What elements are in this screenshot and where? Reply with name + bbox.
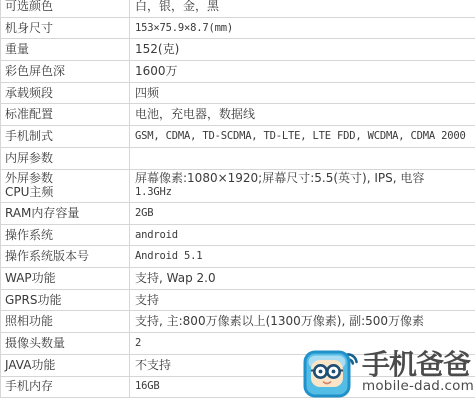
table-row: 重量 152(克) [1, 39, 475, 61]
spec-value [130, 148, 475, 169]
spec-label: 外屏参数 CPU主频 [1, 170, 130, 203]
spec-value-text: android [135, 229, 475, 242]
spec-value-text: 153×75.9×8.7(mm) [135, 22, 475, 35]
table-row: 手机制式 GSM, CDMA, TD-SCDMA, TD-LTE, LTE FD… [1, 126, 475, 148]
spec-value: 153×75.9×8.7(mm) [130, 18, 475, 39]
spec-label-text: 手机制式 [5, 130, 129, 143]
spec-value: 不支持 [130, 355, 475, 376]
spec-value-text: GSM, CDMA, TD-SCDMA, TD-LTE, LTE FDD, WC… [135, 130, 475, 143]
spec-label-text: 操作系统 [5, 229, 129, 242]
spec-value: 白，银，金，黑 [130, 0, 475, 17]
spec-label-text: 机身尺寸 [5, 22, 129, 35]
spec-label: 机身尺寸 [1, 18, 130, 39]
table-row: GPRS功能 支持 [1, 290, 475, 312]
spec-value: 2GB [130, 203, 475, 224]
table-row: 操作系统版本号 Android 5.1 [1, 246, 475, 268]
spec-label: 标准配置 [1, 104, 130, 125]
spec-value: 四频 [130, 83, 475, 104]
spec-value: 16GB [130, 377, 475, 398]
spec-label: 可选颜色 [1, 0, 130, 17]
spec-value-text: 白，银，金，黑 [135, 0, 475, 13]
spec-value-text: 2 [135, 337, 475, 350]
spec-value: 152(克) [130, 39, 475, 60]
spec-label: 摄像头数量 [1, 333, 130, 354]
spec-label-text: 彩色屏色深 [5, 65, 129, 78]
spec-value-text: 不支持 [135, 359, 475, 372]
spec-label-text: 照相功能 [5, 315, 129, 328]
table-row: 承载频段 四频 [1, 83, 475, 105]
spec-value-text: 支持, Wap 2.0 [135, 272, 475, 285]
spec-label: 重量 [1, 39, 130, 60]
spec-label-text: 重量 [5, 43, 129, 56]
spec-label-text: 操作系统版本号 [5, 250, 129, 263]
spec-label-text: 可选颜色 [5, 0, 129, 13]
spec-label-text: 内屏参数 [5, 152, 129, 165]
spec-value-text-line2: 1.3GHz [135, 186, 475, 199]
spec-label: 操作系统 [1, 225, 130, 246]
table-row: 内屏参数 [1, 148, 475, 170]
spec-label: 手机制式 [1, 126, 130, 147]
spec-value-text: 四频 [135, 87, 475, 100]
spec-value-text: Android 5.1 [135, 250, 475, 263]
spec-label-text: WAP功能 [5, 272, 129, 285]
table-row: 机身尺寸 153×75.9×8.7(mm) [1, 18, 475, 40]
spec-label: 照相功能 [1, 311, 130, 332]
spec-value: 2 [130, 333, 475, 354]
phone-spec-table: 可选颜色 白，银，金，黑 机身尺寸 153×75.9×8.7(mm) 重量 15… [0, 0, 475, 398]
spec-value: 屏幕像素:1080×1920;屏幕尺寸:5.5(英寸), IPS, 电容 1.3… [130, 170, 475, 203]
spec-value-text: 支持 [135, 294, 475, 307]
table-row: WAP功能 支持, Wap 2.0 [1, 268, 475, 290]
table-row: JAVA功能 不支持 [1, 355, 475, 377]
table-row: 标准配置 电池，充电器，数据线 [1, 104, 475, 126]
table-row: 手机内存 16GB [1, 377, 475, 399]
spec-label-text: 手机内存 [5, 380, 129, 393]
spec-label-text: RAM内存容量 [5, 207, 129, 220]
spec-value-text: 1600万 [135, 65, 475, 78]
table-row: 彩色屏色深 1600万 [1, 61, 475, 83]
spec-value-text: 支持, 主:800万像素以上(1300万像素), 副:500万像素 [135, 315, 475, 328]
spec-label: GPRS功能 [1, 290, 130, 311]
spec-label: WAP功能 [1, 268, 130, 289]
spec-label-text-line2: CPU主频 [5, 186, 129, 199]
spec-value: Android 5.1 [130, 246, 475, 267]
spec-label: JAVA功能 [1, 355, 130, 376]
spec-label-text: JAVA功能 [5, 359, 129, 372]
spec-label-text: GPRS功能 [5, 294, 129, 307]
table-row: RAM内存容量 2GB [1, 203, 475, 225]
spec-label-text: 标准配置 [5, 108, 129, 121]
spec-value-text: 2GB [135, 207, 475, 220]
spec-value-text: 152(克) [135, 43, 475, 56]
table-row: 照相功能 支持, 主:800万像素以上(1300万像素), 副:500万像素 [1, 311, 475, 333]
spec-value: 1600万 [130, 61, 475, 82]
spec-label: 操作系统版本号 [1, 246, 130, 267]
spec-label-text: 承载频段 [5, 87, 129, 100]
spec-value: GSM, CDMA, TD-SCDMA, TD-LTE, LTE FDD, WC… [130, 126, 475, 147]
spec-label: RAM内存容量 [1, 203, 130, 224]
spec-value: 支持 [130, 290, 475, 311]
spec-value: 电池，充电器，数据线 [130, 104, 475, 125]
spec-value: 支持, 主:800万像素以上(1300万像素), 副:500万像素 [130, 311, 475, 332]
spec-value-text: 屏幕像素:1080×1920;屏幕尺寸:5.5(英寸), IPS, 电容 [135, 172, 475, 185]
table-row-double: 外屏参数 CPU主频 屏幕像素:1080×1920;屏幕尺寸:5.5(英寸), … [1, 170, 475, 204]
spec-label: 手机内存 [1, 377, 130, 398]
spec-value-text: 16GB [135, 380, 475, 393]
spec-label: 承载频段 [1, 83, 130, 104]
table-row: 摄像头数量 2 [1, 333, 475, 355]
spec-label-text: 摄像头数量 [5, 337, 129, 350]
spec-value-text: 电池，充电器，数据线 [135, 108, 475, 121]
table-row: 操作系统 android [1, 225, 475, 247]
spec-value: 支持, Wap 2.0 [130, 268, 475, 289]
spec-label: 彩色屏色深 [1, 61, 130, 82]
spec-value: android [130, 225, 475, 246]
spec-label: 内屏参数 [1, 148, 130, 169]
table-row: 可选颜色 白，银，金，黑 [1, 0, 475, 18]
spec-label-text: 外屏参数 [5, 172, 129, 185]
